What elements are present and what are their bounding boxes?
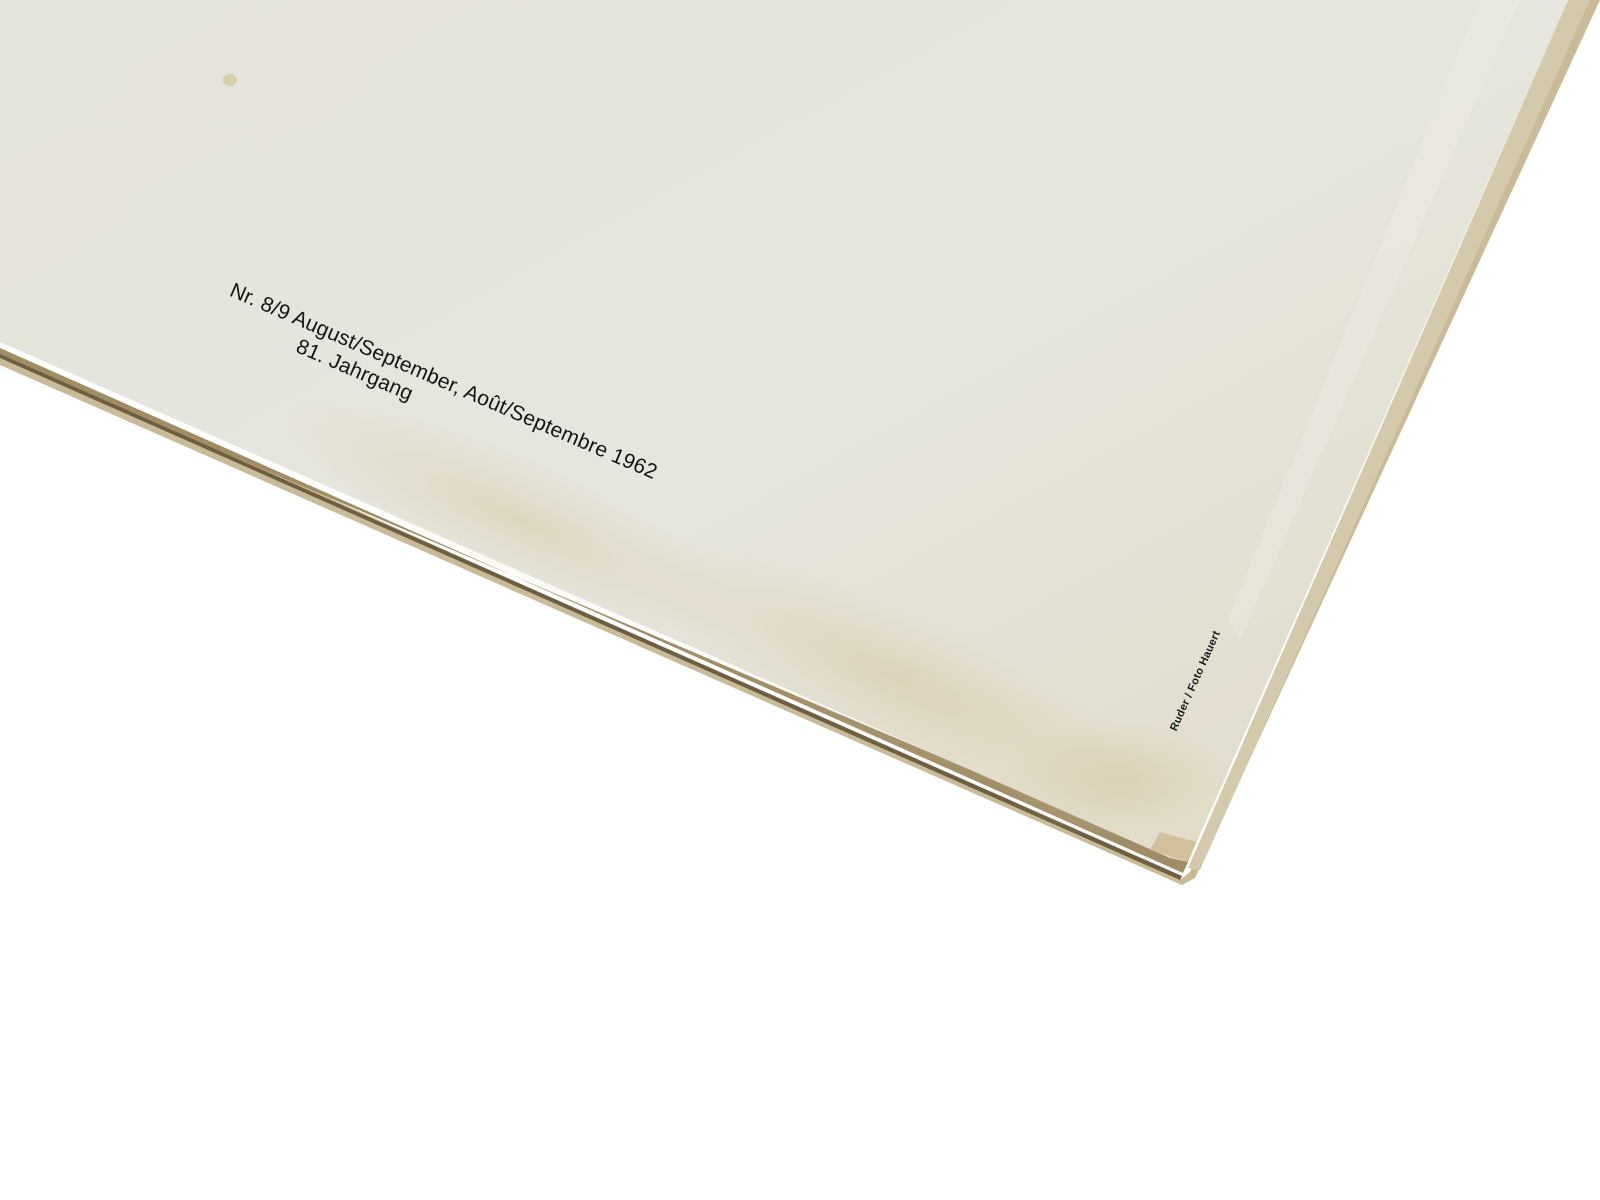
spot-stain [223, 74, 237, 86]
magazine-cover [0, 0, 1600, 1200]
photo-scene: Nr. 8/9 August/September, Août/Septembre… [0, 0, 1600, 1200]
cover-sheet [0, 0, 1568, 862]
